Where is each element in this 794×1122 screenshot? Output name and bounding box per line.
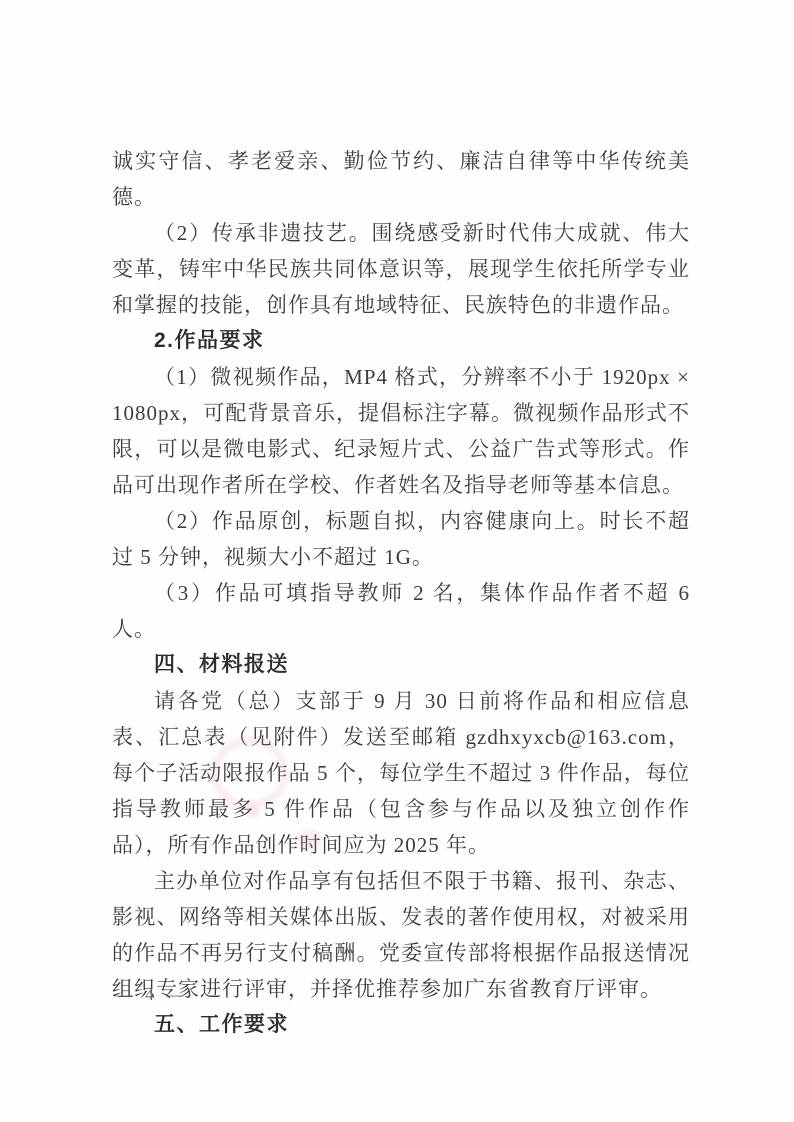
body-paragraph: 主办单位对作品享有包括但不限于书籍、报刊、杂志、影视、网络等相关媒体出版、发表的…: [112, 863, 690, 1007]
body-paragraph: 诚实守信、孝老爱亲、勤俭节约、廉洁自律等中华传统美德。: [112, 143, 690, 215]
page-body-text: 诚实守信、孝老爱亲、勤俭节约、廉洁自律等中华传统美德。（2）传承非遗技艺。围绕感…: [112, 143, 690, 1043]
body-paragraph: （2）传承非遗技艺。围绕感受新时代伟大成就、伟大变革，铸牢中华民族共同体意识等，…: [112, 215, 690, 323]
body-paragraph: （3）作品可填指导教师 2 名，集体作品作者不超 6 人。: [112, 575, 690, 647]
section-heading: 四、材料报送: [112, 647, 690, 683]
body-paragraph: 请各党（总）支部于 9 月 30 日前将作品和相应信息表、汇总表（见附件）发送至…: [112, 683, 690, 863]
body-paragraph: （2）作品原创，标题自拟，内容健康向上。时长不超过 5 分钟，视频大小不超过 1…: [112, 503, 690, 575]
body-paragraph: （1）微视频作品，MP4 格式，分辨率不小于 1920px × 1080px，可…: [112, 359, 690, 503]
page-number: — 4 —: [116, 985, 187, 1005]
section-heading: 2.作品要求: [112, 323, 690, 359]
section-heading: 五、工作要求: [112, 1007, 690, 1043]
document-page: 诚实守信、孝老爱亲、勤俭节约、廉洁自律等中华传统美德。（2）传承非遗技艺。围绕感…: [0, 0, 794, 1122]
